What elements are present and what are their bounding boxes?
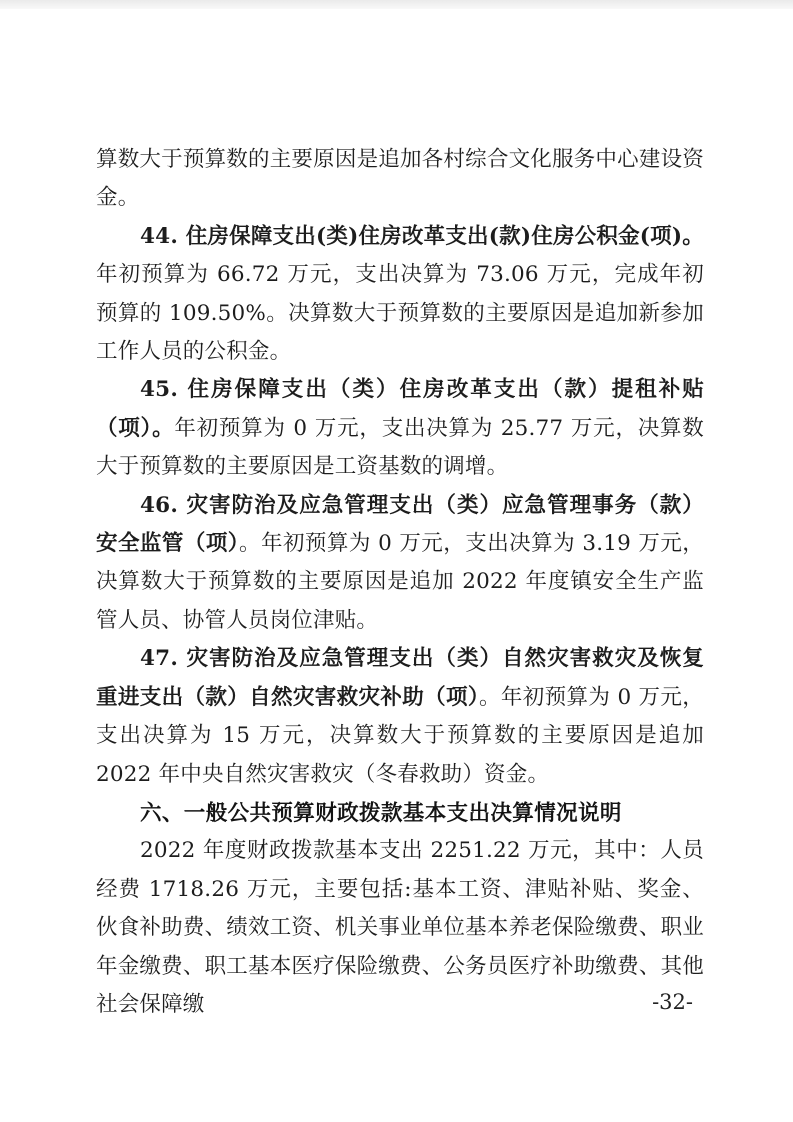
document-page: 算数大于预算数的主要原因是追加各村综合文化服务中心建设资金。 44. 住房保障支…	[0, 0, 793, 1122]
item-47-paragraph: 47. 灾害防治及应急管理支出（类）自然灾害救灾及恢复重进支出（款）自然灾害救灾…	[96, 640, 704, 794]
item-44-paragraph: 44. 住房保障支出(类)住房改革支出(款)住房公积金(项)。年初预算为 66.…	[96, 218, 704, 372]
item-46-paragraph: 46. 灾害防治及应急管理支出（类）应急管理事务（款）安全监管（项）。年初预算为…	[96, 487, 704, 641]
item-45-paragraph: 45. 住房保障支出（类）住房改革支出（款）提租补贴（项）。年初预算为 0 万元…	[96, 371, 704, 486]
paragraph-continuation: 算数大于预算数的主要原因是追加各村综合文化服务中心建设资金。	[96, 141, 704, 218]
page-number: -32-	[652, 991, 693, 1013]
item-44-title: 44. 住房保障支出(类)住房改革支出(款)住房公积金(项)。	[140, 224, 704, 249]
item-45-body: 年初预算为 0 万元，支出决算为 25.77 万元，决算数大于预算数的主要原因是…	[96, 416, 704, 479]
page-body-text: 算数大于预算数的主要原因是追加各村综合文化服务中心建设资金。 44. 住房保障支…	[96, 141, 704, 1024]
basic-expenditure-paragraph: 2022 年度财政拨款基本支出 2251.22 万元，其中：人员经费 1718.…	[96, 832, 704, 1024]
section-six-heading: 六、一般公共预算财政拨款基本支出决算情况说明	[96, 794, 704, 832]
scan-edge-shadow	[0, 0, 793, 9]
item-44-body: 年初预算为 66.72 万元，支出决算为 73.06 万元，完成年初预算的 10…	[96, 262, 704, 364]
